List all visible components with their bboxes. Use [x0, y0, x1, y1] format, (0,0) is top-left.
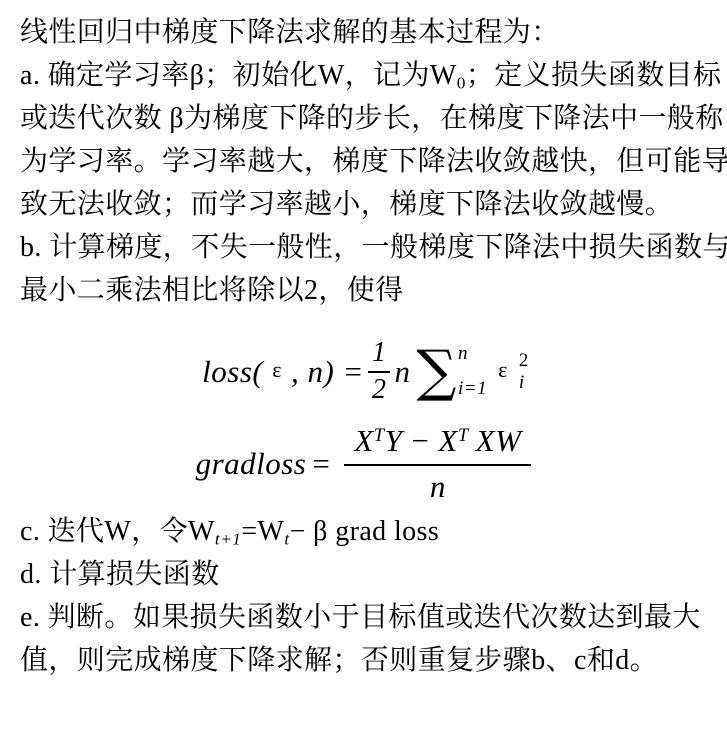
transpose-2: T — [458, 425, 469, 446]
fraction-denominator: 2 — [368, 371, 391, 406]
summation-symbol: ∑ n i=1 — [416, 344, 487, 400]
fraction-numerator: 1 — [368, 338, 391, 371]
sigma-glyph: ∑ — [416, 348, 456, 396]
var-x2: X — [438, 423, 457, 458]
gradloss-lhs: gradloss — [196, 447, 307, 481]
var-y: Y — [385, 423, 403, 458]
coefficient-n: n — [394, 355, 410, 389]
document-body: 线性回归中梯度下降法求解的基本过程为： a. 确定学习率β；初始化W，记为W0；… — [0, 0, 727, 682]
step-a-line-2: 或迭代次数 β为梯度下降的步长，在梯度下降法中一般称 — [20, 97, 711, 140]
loss-formula: loss(ε, n) = 1 2 n ∑ n i=1 ε 2 i — [20, 336, 711, 408]
step-a-line-3: 为学习率。学习率越大，梯度下降法收敛越快，但可能导 — [20, 140, 711, 183]
w0-subscript: 0 — [457, 73, 466, 92]
minus-sign: − — [411, 423, 429, 458]
step-c-mid: =W — [241, 516, 284, 547]
one-half-fraction: 1 2 — [368, 338, 391, 406]
step-e-line-2: 值，则完成梯度下降求解；否则重复步骤b、c和d。 — [20, 639, 711, 682]
epsilon-exponent: 2 — [519, 350, 529, 372]
summation-lower-limit: i=1 — [458, 379, 487, 400]
var-x1: X — [354, 423, 373, 458]
step-c-line: c. 迭代W，令Wt+1=Wt− β grad loss — [20, 510, 711, 553]
step-a-text-pre: a. 确定学习率β；初始化W，记为W — [20, 60, 457, 91]
var-xw: XW — [476, 423, 522, 458]
step-c-post: − β grad loss — [290, 516, 440, 547]
loss-lhs-end: , n) = — [291, 355, 364, 389]
step-a-line-4: 致无法收敛；而学习率越小，梯度下降法收敛越慢。 — [20, 183, 711, 226]
transpose-1: T — [374, 425, 385, 446]
intro-line: 线性回归中梯度下降法求解的基本过程为： — [20, 11, 711, 54]
gradloss-formula: gradloss = XTY−XTXW n — [20, 418, 711, 510]
summation-upper-limit: n — [458, 344, 487, 365]
step-b-line-1: b. 计算梯度，不失一般性，一般梯度下降法中损失函数与 — [20, 226, 711, 269]
gradient-numerator: XTY−XTXW — [344, 424, 531, 464]
epsilon-argument: ε — [272, 358, 282, 382]
step-a-text-post: ；定义损失函数目标 — [466, 60, 722, 91]
loss-lhs: loss( — [202, 355, 263, 389]
step-d-line: d. 计算损失函数 — [20, 553, 711, 596]
step-c-pre: c. 迭代W，令W — [20, 516, 215, 547]
epsilon-term: ε — [498, 358, 508, 382]
gradient-denominator: n — [344, 464, 531, 504]
gradient-fraction: XTY−XTXW n — [344, 424, 531, 504]
step-a-line-1: a. 确定学习率β；初始化W，记为W0；定义损失函数目标 — [20, 54, 711, 97]
summation-limits: n i=1 — [458, 344, 487, 400]
w-subscript-t1: t+1 — [215, 529, 241, 548]
step-e-line-1: e. 判断。如果损失函数小于目标值或迭代次数达到最大 — [20, 596, 711, 639]
equals-sign: = — [312, 447, 330, 481]
epsilon-index: i — [519, 372, 529, 394]
epsilon-scripts: 2 i — [519, 350, 529, 394]
step-b-line-2: 最小二乘法相比将除以2，使得 — [20, 269, 711, 312]
